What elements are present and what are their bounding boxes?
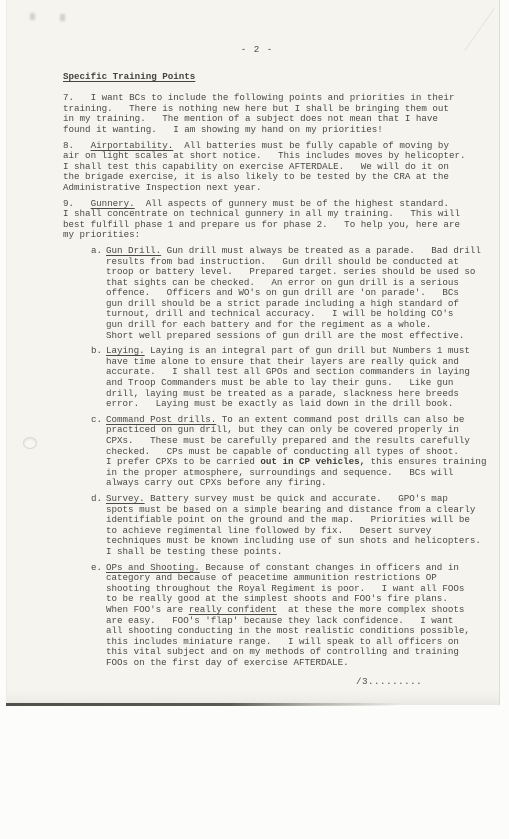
- paragraph-8: 8. Airportability. All batteries must be…: [63, 141, 483, 194]
- subitem-ops-and-shooting: e. OPs and Shooting. Because of constant…: [63, 563, 483, 669]
- paragraph-number: 8.: [63, 140, 91, 151]
- subitem-text: Laying is an integral part of gun drill …: [106, 345, 470, 409]
- page-number: - 2 -: [63, 45, 451, 56]
- subitem-letter: c.: [91, 415, 106, 489]
- paragraph-keyword: Airportability.: [91, 140, 174, 151]
- subitem-keyword: Survey.: [106, 493, 145, 504]
- subitem-text: Battery survey must be quick and accurat…: [106, 493, 481, 557]
- continuation-mark: /3.........: [63, 677, 483, 688]
- subitem-body: Command Post drills. To an extent comman…: [106, 415, 486, 489]
- paragraph-number: 9.: [63, 198, 91, 209]
- subitem-letter: d.: [91, 494, 106, 558]
- paragraph-7: 7. I want BCs to include the following p…: [63, 93, 483, 135]
- subitem-letter: b.: [91, 346, 106, 410]
- subitem-body: OPs and Shooting. Because of constant ch…: [106, 563, 470, 669]
- pencil-mark: [30, 13, 35, 20]
- scanned-document: - 2 - Specific Training Points 7. I want…: [0, 0, 509, 839]
- section-heading: Specific Training Points: [63, 72, 483, 83]
- subitem-keyword: Laying.: [106, 345, 145, 356]
- subitem-text: Gun drill must always be treated as a pa…: [106, 245, 481, 341]
- subitem-letter: a.: [91, 246, 106, 341]
- paragraph-number: 7.: [63, 92, 74, 103]
- subitem-keyword: OPs and Shooting.: [106, 562, 200, 573]
- punch-hole: [23, 437, 37, 449]
- underlined-phrase: really confident: [189, 604, 277, 615]
- subitem-keyword: Gun Drill.: [106, 245, 161, 256]
- page-bottom-edge: [6, 703, 500, 706]
- subitem-letter: e.: [91, 563, 106, 669]
- subitem-command-post-drills: c. Command Post drills. To an extent com…: [63, 415, 483, 489]
- subitem-keyword: Command Post drills.: [106, 414, 216, 425]
- paragraph-text: I want BCs to include the following poin…: [63, 92, 454, 135]
- document-page: - 2 - Specific Training Points 7. I want…: [6, 0, 500, 705]
- paragraph-keyword: Gunnery.: [91, 198, 135, 209]
- subitem-gun-drill: a. Gun Drill. Gun drill must always be t…: [63, 246, 483, 341]
- subitem-body: Laying. Laying is an integral part of gu…: [106, 346, 470, 410]
- subitem-body: Survey. Battery survey must be quick and…: [106, 494, 481, 558]
- paragraph-9: 9. Gunnery. All aspects of gunnery must …: [63, 199, 483, 241]
- pencil-mark: [60, 14, 65, 21]
- subitem-laying: b. Laying. Laying is an integral part of…: [63, 346, 483, 410]
- subitem-body: Gun Drill. Gun drill must always be trea…: [106, 246, 481, 341]
- overtyped-text: out in CP vehicles,: [260, 456, 365, 467]
- subitem-survey: d. Survey. Battery survey must be quick …: [63, 494, 483, 558]
- page-content: - 2 - Specific Training Points 7. I want…: [63, 45, 483, 688]
